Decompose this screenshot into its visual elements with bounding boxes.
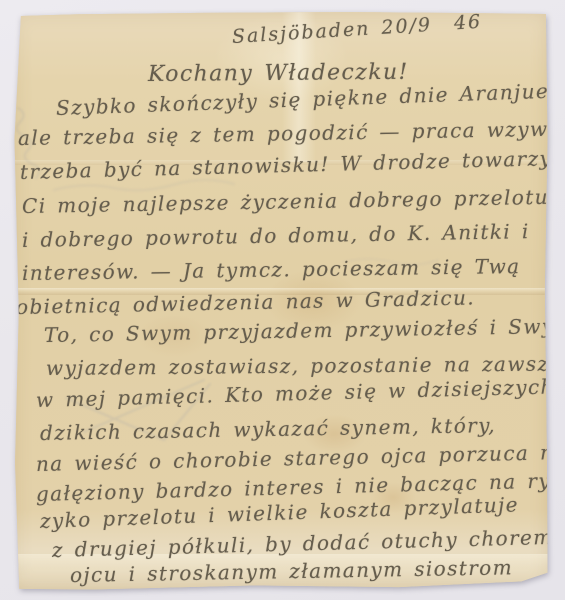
letter-line: interesów. — Ja tymcz. pocieszam się Twą (22, 254, 521, 285)
letter-line: w mej pamięci. Kto może się w dzisiejszy… (36, 374, 555, 412)
letter-line: dzikich czasach wykazać synem, który, (40, 413, 496, 445)
dateline: Salsjöbaden 20/9 46 (231, 11, 482, 48)
letter-line: i dobrego powrotu do domu, do K. Anitki … (22, 219, 530, 252)
salutation: Kochany Władeczku! (148, 60, 409, 87)
letter-line: ale trzeba się z tem pogodzić — praca wz… (18, 116, 565, 150)
scan-background: Salsjöbaden 20/9 46 Kochany Władeczku! S… (0, 0, 565, 600)
letter-paper-shadow: Salsjöbaden 20/9 46 Kochany Władeczku! S… (14, 12, 548, 590)
letter-line: To, co Swym przyjazdem przywiozłeś i Swy… (44, 314, 565, 347)
letter-line: Ci moje najlepsze życzenia dobrego przel… (22, 185, 549, 218)
letter-paper: Salsjöbaden 20/9 46 Kochany Władeczku! S… (14, 12, 548, 590)
